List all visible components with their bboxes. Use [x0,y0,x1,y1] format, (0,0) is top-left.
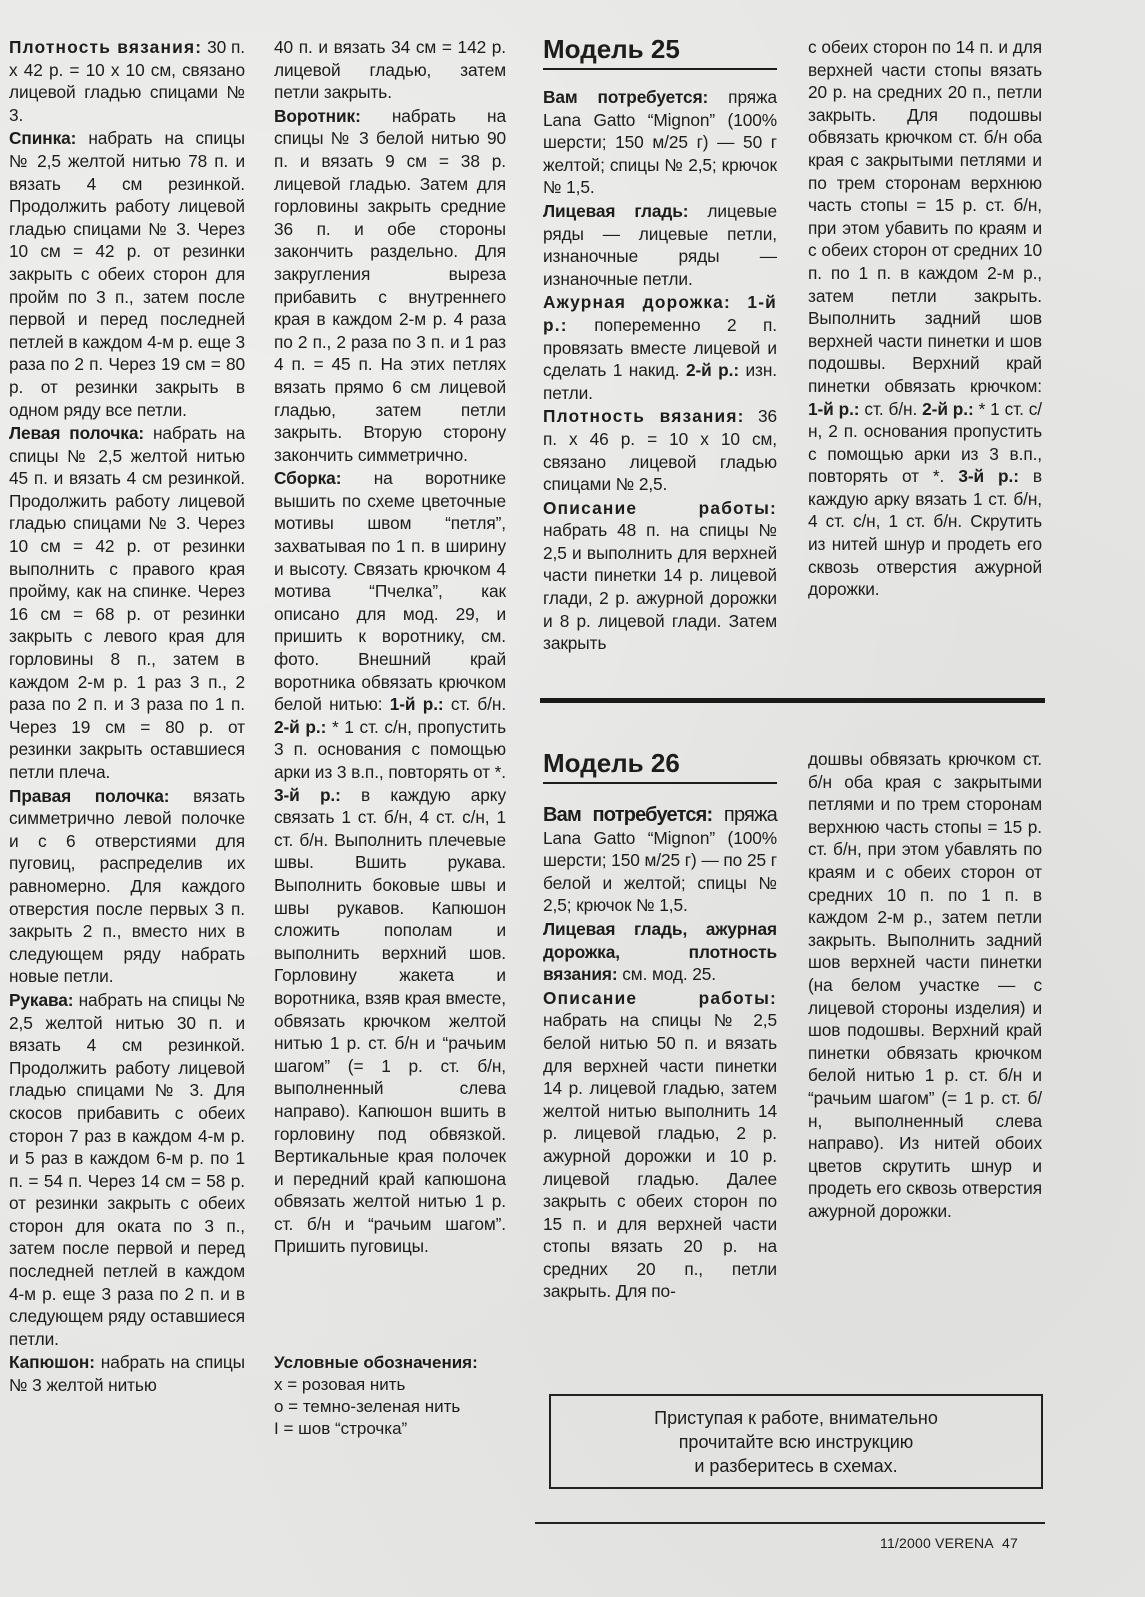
paragraph-text: см. мод. 25. [618,964,716,984]
heading-density: Плотность вязания: [9,37,202,57]
paragraph-text: набрать на спицы № 2,5 желтой нитью 45 п… [9,423,245,782]
row-label: 2-й р.: [922,399,973,419]
heading-right-front: Правая полочка: [9,786,169,806]
heading-density: Плотность вязания: [543,406,745,426]
notice-line: Приступая к работе, внимательно [654,1406,938,1430]
heading-left-front: Левая полочка: [9,423,144,443]
footer-rule [535,1522,1045,1524]
paragraph-stockinette-ref: Лицевая гладь, ажурная дорожка, плотност… [543,918,777,986]
paragraph-density: Плотность вязания: 30 п. х 42 р. = 10 х … [9,36,245,126]
paragraph-text: 40 п. и вязать 34 см = 142 р. лицевой гл… [274,37,506,102]
row-label: 3-й р.: [958,466,1019,486]
paragraph-text: набрать на спицы № 2,5 желтой нитью 30 п… [9,990,245,1349]
heading-collar: Воротник: [274,106,361,126]
model-26-title: Модель 26 [543,748,777,784]
paragraph-materials: Вам потребуется: пряжа Lana Gatto “Migno… [543,804,777,917]
paragraph-collar: Воротник: набрать на спицы № 3 белой нит… [274,105,506,467]
column-2: 40 п. и вязать 34 см = 142 р. лицевой гл… [274,36,506,1259]
magazine-page: Плотность вязания: 30 п. х 42 р. = 10 х … [0,0,1145,1597]
paragraph-text: пряжа [712,804,777,826]
paragraph-text: набрать на спицы № 3 белой нитью 90 п. и… [274,106,506,465]
paragraph-text: дошвы обвязать крючком ст. б/н оба края … [808,749,1042,1221]
symbol-legend: Условные обозначения: x = розовая нить o… [274,1352,514,1440]
paragraph-sleeves: Рукава: набрать на спицы № 2,5 желтой ни… [9,989,245,1351]
paragraph-left-front: Левая полочка: набрать на спицы № 2,5 же… [9,422,245,784]
paragraph-back: Спинка: набрать на спицы № 2,5 желтой ни… [9,127,245,421]
paragraph-instructions-cont: дошвы обвязать крючком ст. б/н оба края … [808,748,1042,1222]
paragraph-hood-cont: 40 п. и вязать 34 см = 142 р. лицевой гл… [274,36,506,104]
paragraph-text: ст. б/н. [444,694,506,714]
legend-title: Условные обозначения: [274,1352,514,1374]
paragraph-text: набрать на спицы № 2,5 белой нитью 50 п.… [543,1010,777,1301]
paragraph-text: Lana Gatto “Mignon” (100% шерсти; 150 м/… [543,828,777,916]
paragraph-hood: Капюшон: набрать на спицы № 3 желтой нит… [9,1351,245,1396]
model-25-title: Модель 25 [543,34,777,70]
paragraph-text: вязать симметрично левой полочке и с 6 о… [9,786,245,987]
notice-box: Приступая к работе, внимательно прочитай… [549,1394,1043,1489]
heading-instructions: Описание работы: [543,988,777,1008]
paragraph-stockinette: Лицевая гладь: лицевые ряды — лицевые пе… [543,200,777,290]
notice-line: и разберитесь в схемах. [694,1454,897,1478]
page-number: 47 [1002,1535,1018,1551]
paragraph-instructions: Описание работы: набрать на спицы № 2,5 … [543,987,777,1303]
paragraph-text: в каждую арку связать 1 ст. б/н, 4 ст. с… [274,785,506,1257]
row-label: 3-й р.: [274,785,341,805]
paragraph-instructions-cont: с обеих сторон по 14 п. и для верхней ча… [808,36,1042,601]
paragraph-instructions: Описание работы: набрать 48 п. на спицы … [543,497,777,655]
paragraph-assembly: Сборка: на воротнике вышить по схеме цве… [274,467,506,1258]
row-label: 1-й р.: [390,694,444,714]
row-label: 1-й р.: [808,399,859,419]
paragraph-eyelet-row: Ажурная дорожка: 1-й р.: попеременно 2 п… [543,291,777,404]
paragraph-materials: Вам потребуется: пряжа Lana Gatto “Migno… [543,86,777,199]
legend-item: I = шов “строчка” [274,1418,514,1440]
model-25-column: Вам потребуется: пряжа Lana Gatto “Migno… [543,86,777,656]
section-divider [540,698,1045,703]
paragraph-density: Плотность вязания: 36 п. х 46 р. = 10 х … [543,405,777,495]
paragraph-text: ст. б/н. [859,399,922,419]
paragraph-text: набрать на спицы № 2,5 желтой нитью 78 п… [9,128,245,419]
model-25-continued: с обеих сторон по 14 п. и для верхней ча… [808,36,1042,602]
paragraph-text: набрать 48 п. на спицы № 2,5 и выполнить… [543,520,777,653]
issue-label: 11/2000 VERENA [880,1535,994,1551]
notice-line: прочитайте всю инструкцию [679,1430,914,1454]
heading-assembly: Сборка: [274,468,341,488]
paragraph-text: с обеих сторон по 14 п. и для верхней ча… [808,37,1042,396]
model-26-continued: дошвы обвязать крючком ст. б/н оба края … [808,748,1042,1223]
page-footer: 11/2000 VERENA 47 [880,1535,1018,1551]
heading-back: Спинка: [9,128,76,148]
row-label: 2-й р.: [274,717,326,737]
column-1: Плотность вязания: 30 п. х 42 р. = 10 х … [9,36,245,1398]
heading-materials: Вам потребуется: [543,87,708,107]
heading-sleeves: Рукава: [9,990,73,1010]
heading-materials: Вам потребуется: [543,804,712,826]
heading-instructions: Описание работы: [543,498,777,518]
heading-stockinette: Лицевая гладь: [543,201,688,221]
legend-item: x = розовая нить [274,1374,514,1396]
legend-item: o = темно-зеленая нить [274,1396,514,1418]
model-26-column: Вам потребуется: пряжа Lana Gatto “Migno… [543,804,777,1304]
paragraph-right-front: Правая полочка: вязать симметрично левой… [9,785,245,988]
row-label: 2-й р.: [686,360,739,380]
paragraph-text: на воротнике вышить по схеме цветочные м… [274,468,506,714]
heading-hood: Капюшон: [9,1352,95,1372]
